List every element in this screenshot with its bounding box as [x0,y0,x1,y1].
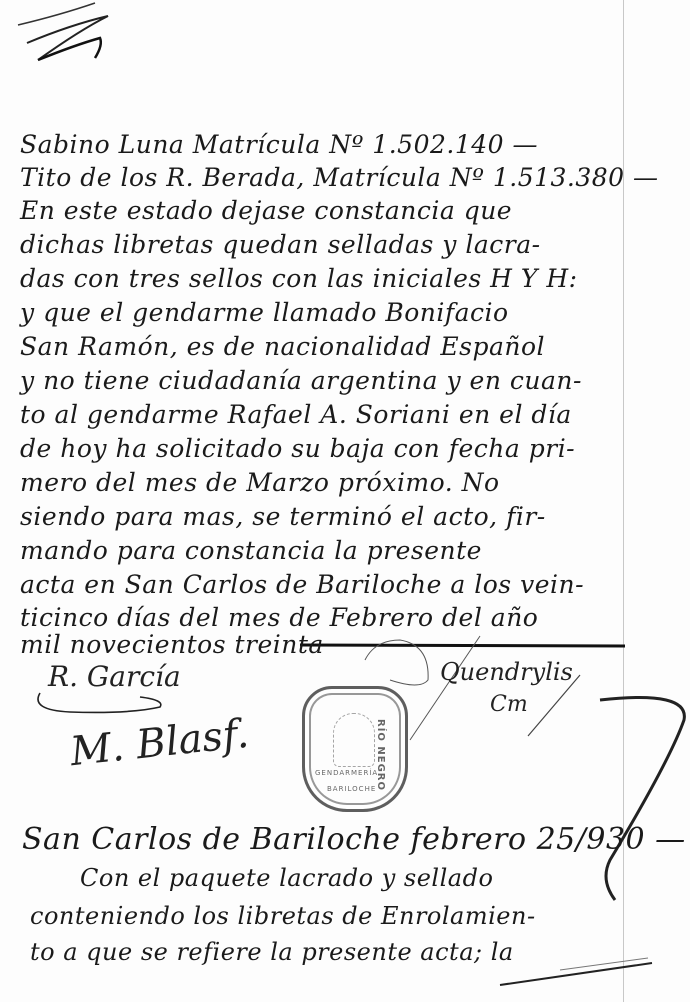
body-line-10: de hoy ha solicitado su baja con fecha p… [20,434,575,463]
body-line-12: siendo para mas, se terminó el acto, fir… [20,502,546,531]
body-line-4: dichas libretas quedan selladas y lacra- [20,230,541,259]
body-line-1: Sabino Luna Matrícula Nº 1.502.140 — [20,130,538,159]
signature-right: Quendrylis [440,658,573,686]
body-line-15: ticinco días del mes de Febrero del año [20,603,538,632]
stamp-top-text: RÍO NEGRO [375,719,386,791]
body-line-14: acta en San Carlos de Bariloche a los ve… [20,570,584,599]
body-line-6: y que el gendarme llamado Bonifacio [20,298,509,327]
postscript-line-4: to a que se refiere la presente acta; la [30,938,514,966]
body-line-11: mero del mes de Marzo próximo. No [20,468,500,497]
signature-right-sub: Cm [490,692,528,717]
postscript-line-3: conteniendo los libretas de Enrolamien- [30,902,536,930]
body-line-5: das con tres sellos con las iniciales H … [20,264,578,293]
postscript-line-2: Con el paquete lacrado y sellado [80,864,493,892]
body-line-16: mil novecientos treinta [20,630,324,659]
stamp-bottom-text: BARILOCHE [327,785,376,793]
body-line-9: to al gendarme Rafael A. Soriani en el d… [20,400,572,429]
body-line-2: Tito de los R. Berada, Matrícula Nº 1.51… [20,163,659,192]
official-stamp: RÍO NEGRO GENDARMERÍA BARILOCHE [302,686,408,812]
body-line-8: y no tiene ciudadanía argentina y en cua… [20,366,582,395]
body-line-7: San Ramón, es de nacionalidad Español [20,332,545,361]
body-line-3: En este estado dejase constancia que [20,196,512,225]
postscript-line-1: San Carlos de Bariloche febrero 25/930 — [22,822,686,857]
signature-garcia: R. García [48,660,181,693]
document-page: Sabino Luna Matrícula Nº 1.502.140 — Tit… [0,0,690,1002]
stamp-emblem [333,713,375,767]
stamp-middle-text: GENDARMERÍA [315,769,378,777]
body-line-13: mando para constancia la presente [20,536,482,565]
